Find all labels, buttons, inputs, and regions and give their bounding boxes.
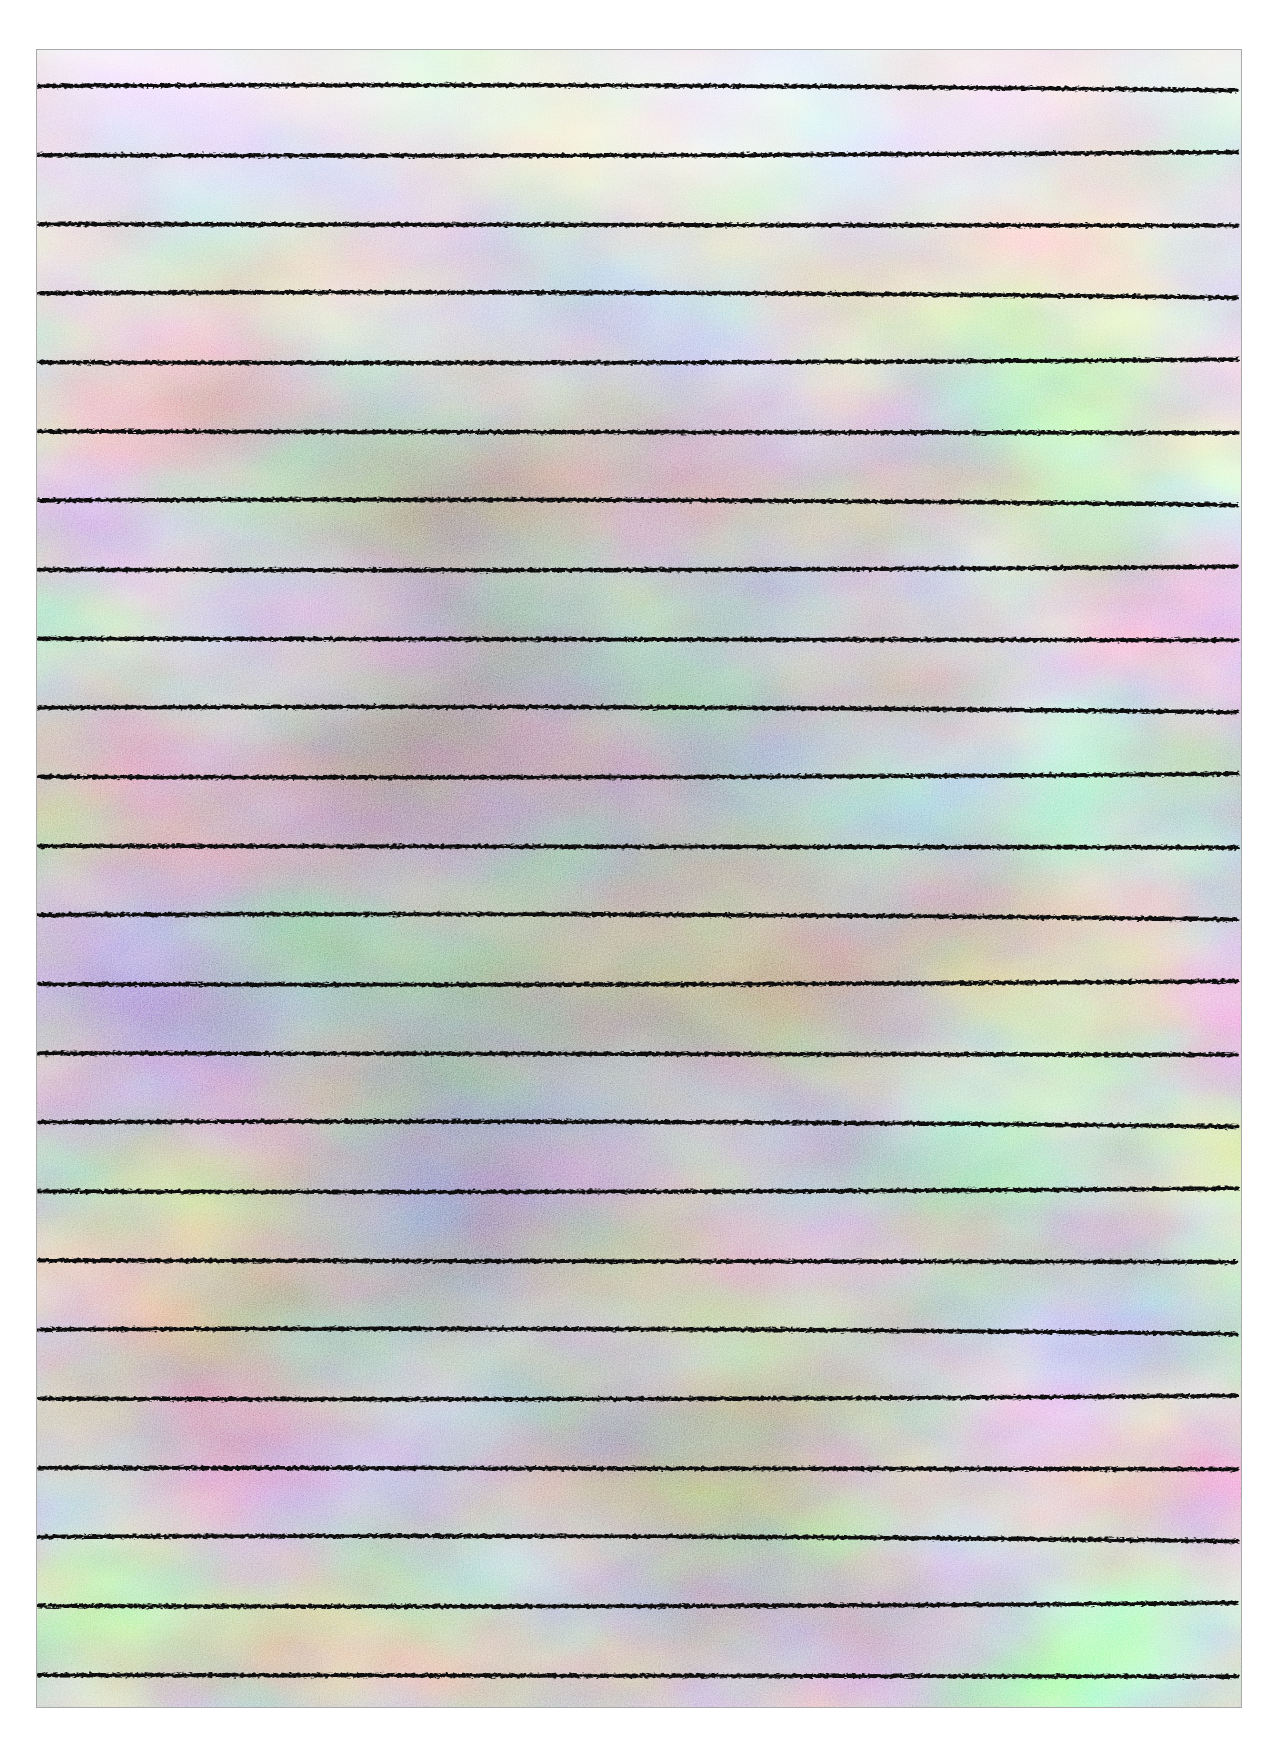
stripe-line <box>39 431 1237 433</box>
stripe-line <box>39 224 1237 226</box>
stripe-line <box>39 1260 1237 1262</box>
rug-texture <box>37 50 1241 1707</box>
stripe-line <box>39 846 1237 848</box>
rug-product-image <box>37 50 1241 1707</box>
stripe-line <box>39 638 1237 640</box>
stripe-line <box>39 1053 1237 1055</box>
stripe-line <box>39 1467 1237 1469</box>
stripe-line <box>39 1675 1237 1677</box>
